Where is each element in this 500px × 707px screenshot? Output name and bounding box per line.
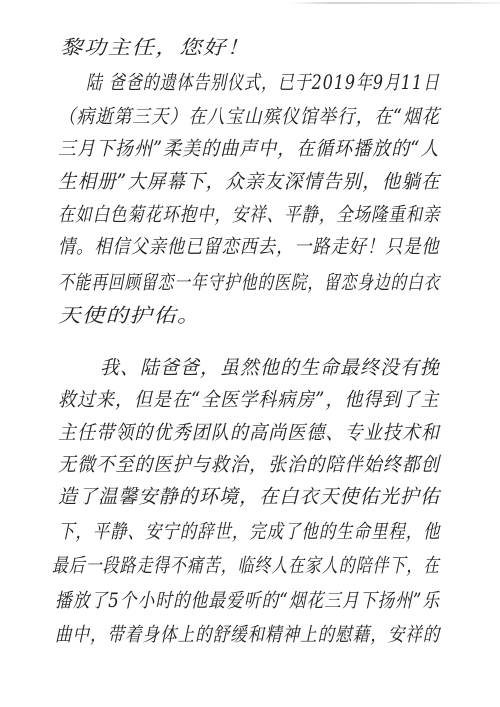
letter-line: （病逝第三天）在八宝山殡仪馆举行，在“烟花 bbox=[58, 104, 440, 130]
letter-line: 无微不至的医护与救治，张治的陪伴始终都创 bbox=[58, 452, 440, 478]
letter-line: 主任带领的优秀团队的高尚医德、专业技术和 bbox=[58, 420, 440, 446]
handwritten-letter: 黎功主任，您好！ 陆 爸爸的遗体告别仪式，已于2019年9月11日 （病逝第三天… bbox=[0, 0, 500, 707]
letter-line: 不能再回顾留恋一年守护他的医院，留恋身边的白衣 bbox=[58, 270, 440, 296]
letter-line: 三月下扬州”柔美的曲声中，在循环播放的“人 bbox=[58, 136, 440, 162]
letter-line: 下，平静、安宁的辞世，完成了他的生命里程，他 bbox=[58, 519, 441, 545]
letter-line: 最后一段路走得不痛苦，临终人在家人的陪伴下，在 bbox=[52, 553, 440, 579]
letter-line: 救过来，但是在“全医学科病房”，他得到了主 bbox=[58, 387, 440, 413]
letter-line: 情。相信父亲他已留恋西去，一路走好！只是他 bbox=[58, 234, 440, 260]
letter-line: 天使的护佑。 bbox=[58, 303, 201, 329]
letter-line: 播放了5个小时的他最爱听的“烟花三月下扬州”乐 bbox=[55, 588, 440, 614]
letter-line: 造了温馨安静的环境，在白衣天使佑光护佑 bbox=[58, 484, 440, 510]
letter-salutation: 黎功主任，您好！ bbox=[60, 35, 250, 61]
letter-line: 在如白色菊花环抱中，安祥、平静，全场隆重和亲 bbox=[58, 202, 441, 228]
letter-line: 生相册”大屏幕下，众亲友深情告别，他躺在 bbox=[58, 169, 441, 195]
letter-line: 曲中，带着身体上的舒缓和精神上的慰藉，安祥的 bbox=[55, 622, 440, 648]
letter-line: 陆 爸爸的遗体告别仪式，已于2019年9月11日 bbox=[86, 70, 440, 96]
letter-line: 我、陆爸爸，虽然他的生命最终没有挽 bbox=[100, 355, 440, 381]
